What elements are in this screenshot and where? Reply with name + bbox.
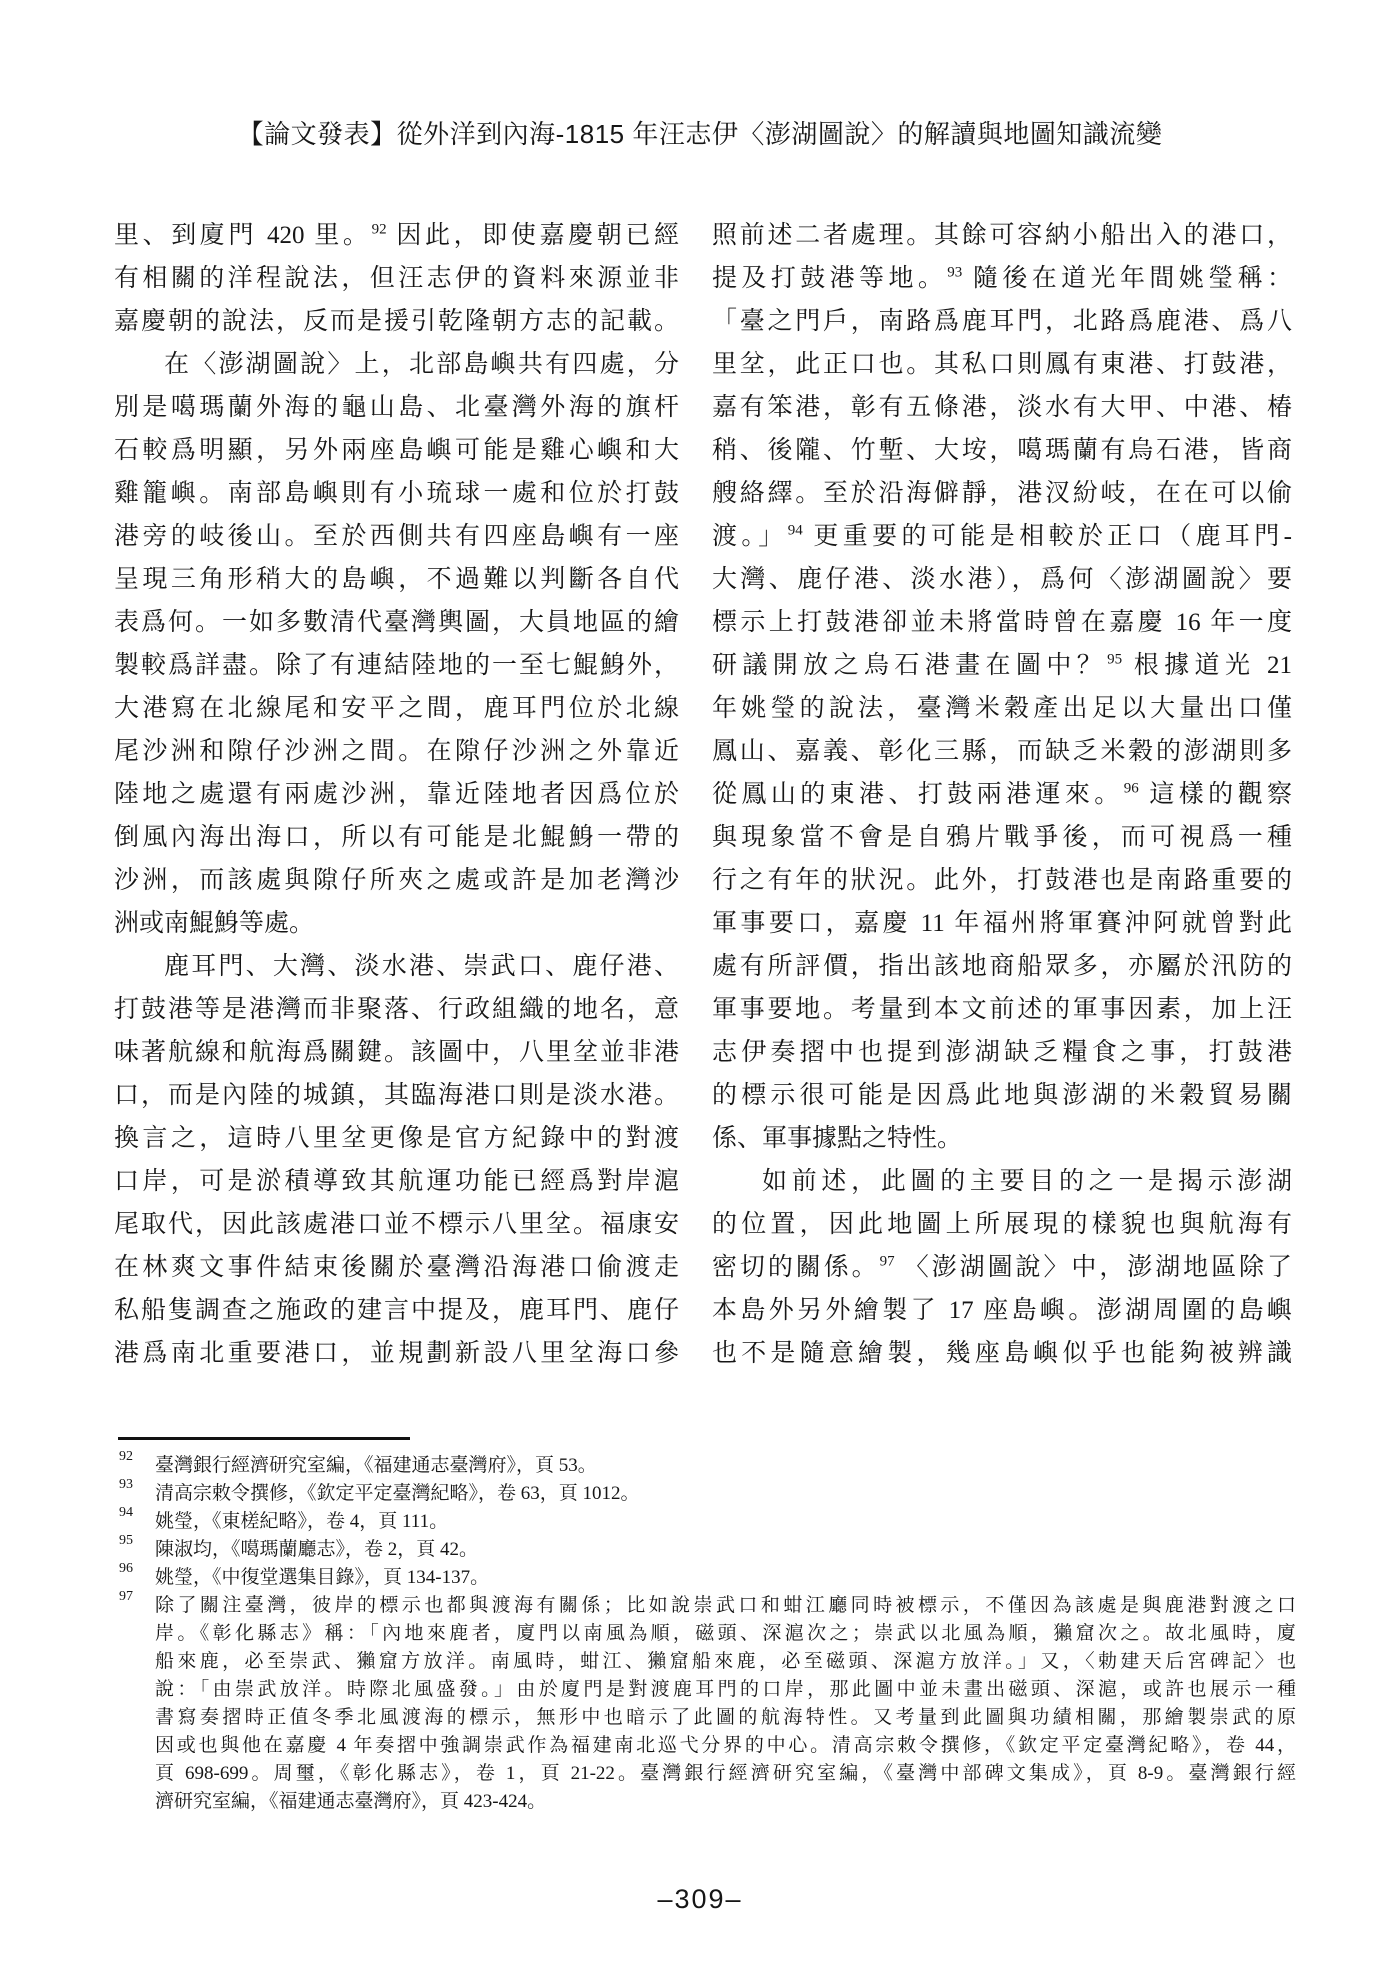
text-line: 石較爲明顯，另外兩座島嶼可能是雞心嶼和大: [114, 429, 679, 472]
text-line: 港旁的岐後山。至於西側共有四座島嶼有一座: [114, 515, 679, 558]
left-column: 里、到廈門 420 里。92 因此，即使嘉慶朝已經有相關的洋程說法，但汪志伊的資…: [114, 214, 679, 1375]
text-line: 「臺之門戶，南路爲鹿耳門，北路爲鹿港、爲八: [712, 300, 1292, 343]
text-line: 鹿耳門、大灣、淡水港、崇武口、鹿仔港、: [114, 945, 679, 988]
text-line: 鳳山、嘉義、彰化三縣，而缺乏米穀的澎湖則多: [712, 730, 1292, 773]
footnote-ref: 93: [947, 265, 962, 281]
footnote-line: 濟研究室編，《福建通志臺灣府》，頁 423-424。: [155, 1788, 1296, 1816]
footnote-94: 94姚瑩，《東槎紀略》，卷 4，頁 111。: [114, 1508, 1296, 1536]
text-line: 從鳳山的東港、打鼓兩港運來。96 這樣的觀察: [712, 773, 1292, 816]
footnote-93: 93清高宗敕令撰修，《欽定平定臺灣紀略》，卷 63，頁 1012。: [114, 1480, 1296, 1508]
text-line: 的標示很可能是因爲此地與澎湖的米穀貿易關: [712, 1074, 1292, 1117]
text-line: 表爲何。一如多數清代臺灣輿圖，大員地區的繪: [114, 601, 679, 644]
text-line: 陸地之處還有兩處沙洲，靠近陸地者因爲位於: [114, 773, 679, 816]
footnote-line: 船來鹿，必至崇武、獺窟方放洋。南風時，蚶江、獺窟船來鹿，必至磁頭、深滬方放洋。」…: [155, 1648, 1296, 1676]
footnote-96: 96姚瑩，《中復堂選集目錄》，頁 134-137。: [114, 1564, 1296, 1592]
text-line: 港爲南北重要港口，並規劃新設八里坌海口參: [114, 1332, 679, 1375]
footnote-line: 岸。《彰化縣志》稱：「內地來鹿者，廈門以南風為順，磁頭、深滬次之；崇武以北風為順…: [155, 1620, 1296, 1648]
text-line: 口岸，可是淤積導致其航運功能已經爲對岸滬: [114, 1160, 679, 1203]
text-line: 提及打鼓港等地。93 隨後在道光年間姚瑩稱：: [712, 257, 1292, 300]
footnote-ref: 94: [788, 523, 803, 539]
text-line: 研議開放之烏石港畫在圖中？95 根據道光 21: [712, 644, 1292, 687]
footnote-separator: [118, 1437, 410, 1440]
footnote-number: 96: [119, 1561, 133, 1577]
text-line: 的位置，因此地圖上所展現的樣貌也與航海有: [712, 1203, 1292, 1246]
footnote-ref: 92: [372, 222, 387, 238]
footnote-97: 97除了關注臺灣，彼岸的標示也都與渡海有關係；比如說崇武口和蚶江廳同時被標示，不…: [114, 1592, 1296, 1816]
footnote-line: 姚瑩，《東槎紀略》，卷 4，頁 111。: [155, 1508, 1296, 1536]
text-line: 大灣、鹿仔港、淡水港），爲何〈澎湖圖說〉要: [712, 558, 1292, 601]
footnote-line: 臺灣銀行經濟研究室編，《福建通志臺灣府》，頁 53。: [155, 1452, 1296, 1480]
page-number: –309–: [0, 1884, 1400, 1915]
footnote-ref: 96: [1124, 781, 1139, 797]
footnote-number: 94: [119, 1505, 133, 1521]
footnote-number: 97: [119, 1589, 133, 1605]
text-line: 有相關的洋程說法，但汪志伊的資料來源並非: [114, 257, 679, 300]
text-line: 口，而是內陸的城鎮，其臨海港口則是淡水港。: [114, 1074, 679, 1117]
text-line: 打鼓港等是港灣而非聚落、行政組織的地名，意: [114, 988, 679, 1031]
text-line: 大港寫在北線尾和安平之間，鹿耳門位於北線: [114, 687, 679, 730]
footnotes-section: 92臺灣銀行經濟研究室編，《福建通志臺灣府》，頁 53。93清高宗敕令撰修，《欽…: [114, 1452, 1296, 1816]
footnote-number: 93: [119, 1477, 133, 1493]
text-line: 軍事要地。考量到本文前述的軍事因素，加上汪: [712, 988, 1292, 1031]
text-line: 換言之，這時八里坌更像是官方紀錄中的對渡: [114, 1117, 679, 1160]
text-line: 洲或南鯤鯓等處。: [114, 902, 679, 945]
text-line: 別是噶瑪蘭外海的龜山島、北臺灣外海的旗杆: [114, 386, 679, 429]
footnote-ref: 97: [880, 1254, 895, 1270]
footnote-line: 說：「由崇武放洋。時際北風盛發。」由於廈門是對渡鹿耳門的口岸，那此圖中並未畫出磁…: [155, 1676, 1296, 1704]
text-line: 軍事要口，嘉慶 11 年福州將軍賽沖阿就曾對此: [712, 902, 1292, 945]
text-line: 沙洲，而該處與隙仔所夾之處或許是加老灣沙: [114, 859, 679, 902]
text-line: 嘉慶朝的說法，反而是援引乾隆朝方志的記載。: [114, 300, 679, 343]
text-line: 也不是隨意繪製，幾座島嶼似乎也能夠被辨識: [712, 1332, 1292, 1375]
text-line: 與現象當不會是自鴉片戰爭後，而可視爲一種: [712, 816, 1292, 859]
text-line: 雞籠嶼。南部島嶼則有小琉球一處和位於打鼓: [114, 472, 679, 515]
text-line: 在林爽文事件結束後關於臺灣沿海港口偷渡走: [114, 1246, 679, 1289]
footnote-line: 陳淑均，《噶瑪蘭廳志》，卷 2，頁 42。: [155, 1536, 1296, 1564]
text-line: 年姚瑩的說法，臺灣米穀產出足以大量出口僅: [712, 687, 1292, 730]
footnote-line: 清高宗敕令撰修，《欽定平定臺灣紀略》，卷 63，頁 1012。: [155, 1480, 1296, 1508]
text-line: 里、到廈門 420 里。92 因此，即使嘉慶朝已經: [114, 214, 679, 257]
footnote-number: 95: [119, 1533, 133, 1549]
text-line: 處有所評價，指出該地商船眾多，亦屬於汛防的: [712, 945, 1292, 988]
text-line: 如前述，此圖的主要目的之一是揭示澎湖: [712, 1160, 1292, 1203]
text-line: 志伊奏摺中也提到澎湖缺乏糧食之事，打鼓港: [712, 1031, 1292, 1074]
footnote-ref: 95: [1107, 652, 1122, 668]
page-header-title: 【論文發表】從外洋到內海-1815 年汪志伊〈澎湖圖說〉的解讀與地圖知識流變: [0, 114, 1400, 151]
right-column: 照前述二者處理。其餘可容納小船出入的港口，提及打鼓港等地。93 隨後在道光年間姚…: [712, 214, 1292, 1375]
text-line: 在〈澎湖圖說〉上，北部島嶼共有四處，分: [114, 343, 679, 386]
text-line: 密切的關係。97 〈澎湖圖說〉中，澎湖地區除了: [712, 1246, 1292, 1289]
footnote-number: 92: [119, 1449, 133, 1465]
text-line: 里坌，此正口也。其私口則鳳有東港、打鼓港，: [712, 343, 1292, 386]
text-line: 艘絡繹。至於沿海僻靜，港汊紛岐，在在可以偷: [712, 472, 1292, 515]
footnote-line: 頁 698-699。周璽，《彰化縣志》，卷 1，頁 21-22。臺灣銀行經濟研究…: [155, 1760, 1296, 1788]
text-line: 行之有年的狀況。此外，打鼓港也是南路重要的: [712, 859, 1292, 902]
footnote-line: 姚瑩，《中復堂選集目錄》，頁 134-137。: [155, 1564, 1296, 1592]
text-line: 味著航線和航海爲關鍵。該圖中，八里坌並非港: [114, 1031, 679, 1074]
text-line: 嘉有笨港，彰有五條港，淡水有大甲、中港、椿: [712, 386, 1292, 429]
text-line: 渡。」94 更重要的可能是相較於正口（鹿耳門-: [712, 515, 1292, 558]
text-line: 私船隻調查之施政的建言中提及，鹿耳門、鹿仔: [114, 1289, 679, 1332]
footnote-line: 書寫奏摺時正值冬季北風渡海的標示，無形中也暗示了此圖的航海特性。又考量到此圖與功…: [155, 1704, 1296, 1732]
text-line: 稍、後隴、竹塹、大垵，噶瑪蘭有烏石港，皆商: [712, 429, 1292, 472]
text-line: 尾沙洲和隙仔沙洲之間。在隙仔沙洲之外靠近: [114, 730, 679, 773]
footnote-line: 因或也與他在嘉慶 4 年奏摺中強調崇武作為福建南北巡弋分界的中心。清高宗敕令撰修…: [155, 1732, 1296, 1760]
text-line: 倒風內海出海口，所以有可能是北鯤鯓一帶的: [114, 816, 679, 859]
footnote-95: 95陳淑均，《噶瑪蘭廳志》，卷 2，頁 42。: [114, 1536, 1296, 1564]
text-line: 製較爲詳盡。除了有連結陸地的一至七鯤鯓外，: [114, 644, 679, 687]
text-line: 呈現三角形稍大的島嶼，不過難以判斷各自代: [114, 558, 679, 601]
footnote-92: 92臺灣銀行經濟研究室編，《福建通志臺灣府》，頁 53。: [114, 1452, 1296, 1480]
footnote-line: 除了關注臺灣，彼岸的標示也都與渡海有關係；比如說崇武口和蚶江廳同時被標示，不僅因…: [155, 1592, 1296, 1620]
text-line: 係、軍事據點之特性。: [712, 1117, 1292, 1160]
text-line: 照前述二者處理。其餘可容納小船出入的港口，: [712, 214, 1292, 257]
body-columns: 里、到廈門 420 里。92 因此，即使嘉慶朝已經有相關的洋程說法，但汪志伊的資…: [114, 214, 1292, 1375]
text-line: 標示上打鼓港卻並未將當時曾在嘉慶 16 年一度: [712, 601, 1292, 644]
text-line: 本島外另外繪製了 17 座島嶼。澎湖周圍的島嶼: [712, 1289, 1292, 1332]
text-line: 尾取代，因此該處港口並不標示八里坌。福康安: [114, 1203, 679, 1246]
